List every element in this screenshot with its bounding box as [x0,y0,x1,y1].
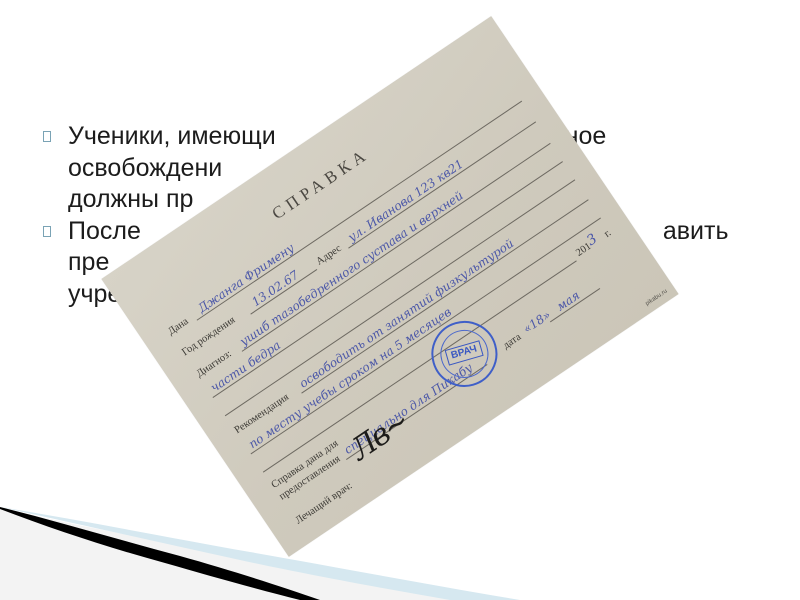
presentation-slide: Ученики, имеющистичное освобожденитуре, … [0,0,800,600]
